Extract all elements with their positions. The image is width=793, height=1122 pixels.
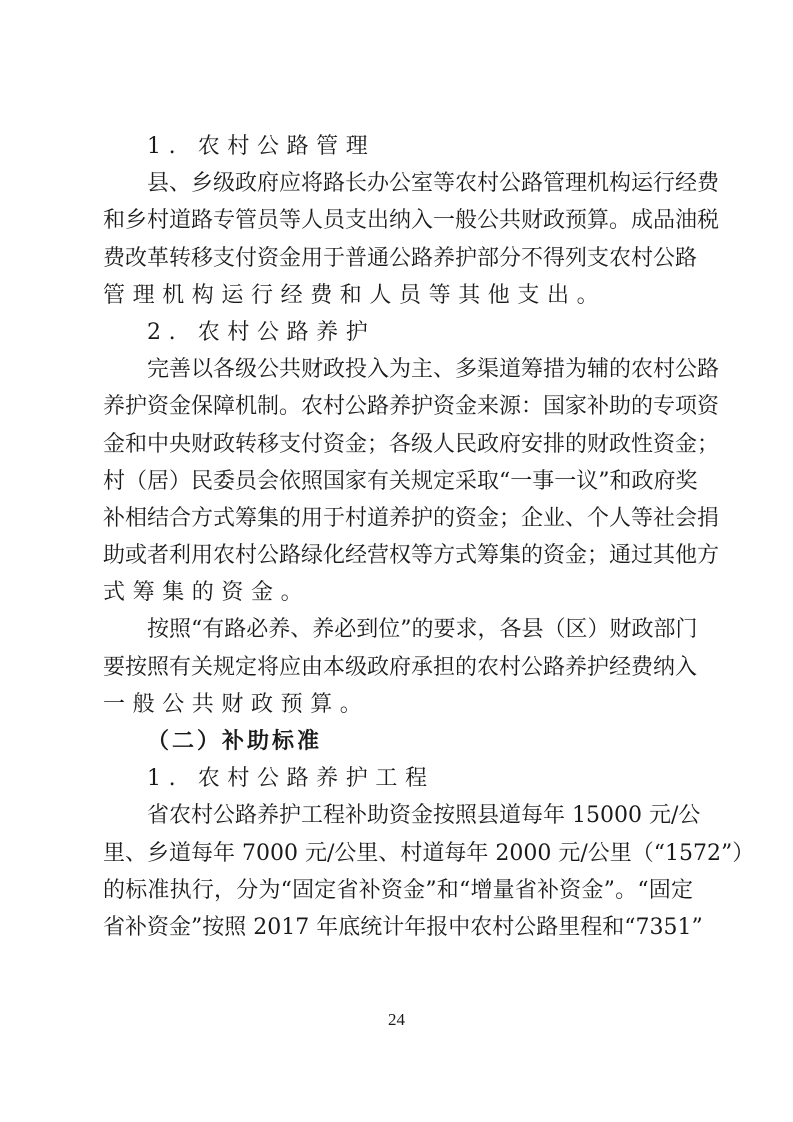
text-line: 管理机构运行经费和人员等其他支出。 [103,277,693,314]
text-line: 费改革转移支付资金用于普通公路养护部分不得列支农村公路 [103,240,693,277]
text-line: 金和中央财政转移支付资金；各级人民政府安排的财政性资金； [103,426,693,463]
text-line: 村（居）民委员会依照国家有关规定采取“一事一议”和政府奖 [103,463,693,500]
text-line: 1. 农村公路管理 [103,128,693,165]
text-line: 一般公共财政预算。 [103,686,693,723]
text-line: 和乡村道路专管员等人员支出纳入一般公共财政预算。成品油税 [103,202,693,239]
section-heading: （二）补助标准 [103,723,693,760]
text-line: 按照“有路必养、养必到位”的要求，各县（区）财政部门 [103,611,693,648]
text-line: 补相结合方式筹集的用于村道养护的资金；企业、个人等社会捐 [103,500,693,537]
text-line: 县、乡级政府应将路长办公室等农村公路管理机构运行经费 [103,165,693,202]
text-line: 要按照有关规定将应由本级政府承担的农村公路养护经费纳入 [103,649,693,686]
text-line: 里、乡道每年 7000 元/公里、村道每年 2000 元/公里（“1572”） [103,835,693,872]
page-number: 24 [0,1010,793,1030]
text-line: 式筹集的资金。 [103,574,693,611]
text-line: 养护资金保障机制。农村公路养护资金来源：国家补助的专项资 [103,388,693,425]
document-body: 1. 农村公路管理县、乡级政府应将路长办公室等农村公路管理机构运行经费和乡村道路… [103,128,693,946]
text-line: 1. 农村公路养护工程 [103,760,693,797]
text-line: 省补资金”按照 2017 年底统计年报中农村公路里程和“7351” [103,909,693,946]
text-line: 的标准执行，分为“固定省补资金”和“增量省补资金”。“固定 [103,872,693,909]
text-line: 2. 农村公路养护 [103,314,693,351]
text-line: 助或者利用农村公路绿化经营权等方式筹集的资金；通过其他方 [103,537,693,574]
text-line: 省农村公路养护工程补助资金按照县道每年 15000 元/公 [103,797,693,834]
text-line: 完善以各级公共财政投入为主、多渠道筹措为辅的农村公路 [103,351,693,388]
